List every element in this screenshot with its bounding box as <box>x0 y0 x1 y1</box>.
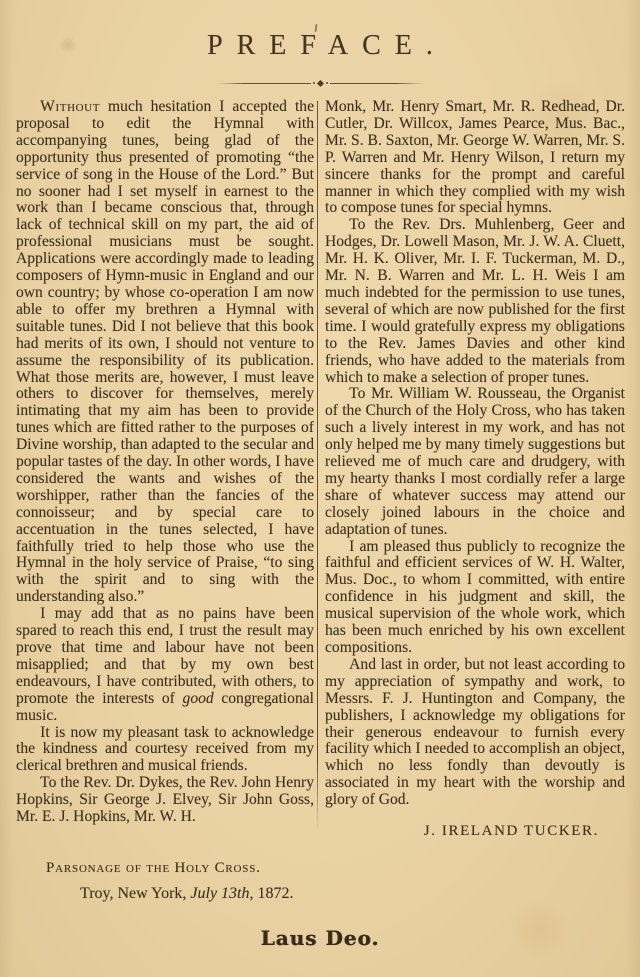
paragraph-acknowledgements-continued: Monk, Mr. Henry Smart, Mr. R. Redhead, D… <box>325 99 625 217</box>
column-rule <box>317 101 318 832</box>
dateline-text: Troy, New York, <box>80 885 190 902</box>
paragraph-pleasant-task: It is now my pleasant task to acknowledg… <box>16 725 314 776</box>
lead-small-caps: Without <box>40 98 100 115</box>
preface-page: PREFACE. Without much hesitation I accep… <box>0 0 640 977</box>
paragraph-opening: Without much hesitation I accepted the p… <box>16 99 314 606</box>
paragraph-text: much hesitation I accepted the proposal … <box>16 98 314 605</box>
paragraph-walter: I am pleased thus publicly to recognize … <box>325 539 625 657</box>
dateline: Troy, New York, July 13th, 1872. <box>80 886 314 903</box>
title-divider <box>0 76 640 90</box>
divider-dot <box>313 82 315 84</box>
page-title: PREFACE. <box>0 30 640 62</box>
divider-dot <box>326 82 328 84</box>
divider-diamond-ornament <box>316 79 323 86</box>
right-column: Monk, Mr. Henry Smart, Mr. R. Redhead, D… <box>325 99 625 840</box>
paragraph-acknowledgements-start: To the Rev. Dr. Dykes, the Rev. John Hen… <box>16 775 314 826</box>
divider-line-right <box>330 83 424 84</box>
divider-line-left <box>217 83 311 84</box>
laus-deo: Laus Deo. <box>0 926 640 950</box>
dateline-date-italic: July 13th <box>190 885 249 902</box>
italic-word: good <box>183 690 214 707</box>
paragraph-rousseau: To Mr. William W. Rousseau, the Organist… <box>325 386 625 538</box>
paragraph-pains: I may add that as no pains have been spa… <box>16 606 314 724</box>
parsonage-line: Parsonage of the Holy Cross. <box>46 860 314 877</box>
paragraph-publishers: And last in order, but not least accordi… <box>325 657 625 809</box>
dateline-text: , 1872. <box>250 885 294 902</box>
left-column: Without much hesitation I accepted the p… <box>16 99 314 903</box>
paragraph-permissions: To the Rev. Drs. Muhlenberg, Geer and Ho… <box>325 217 625 386</box>
signature: J. IRELAND TUCKER. <box>325 823 625 840</box>
